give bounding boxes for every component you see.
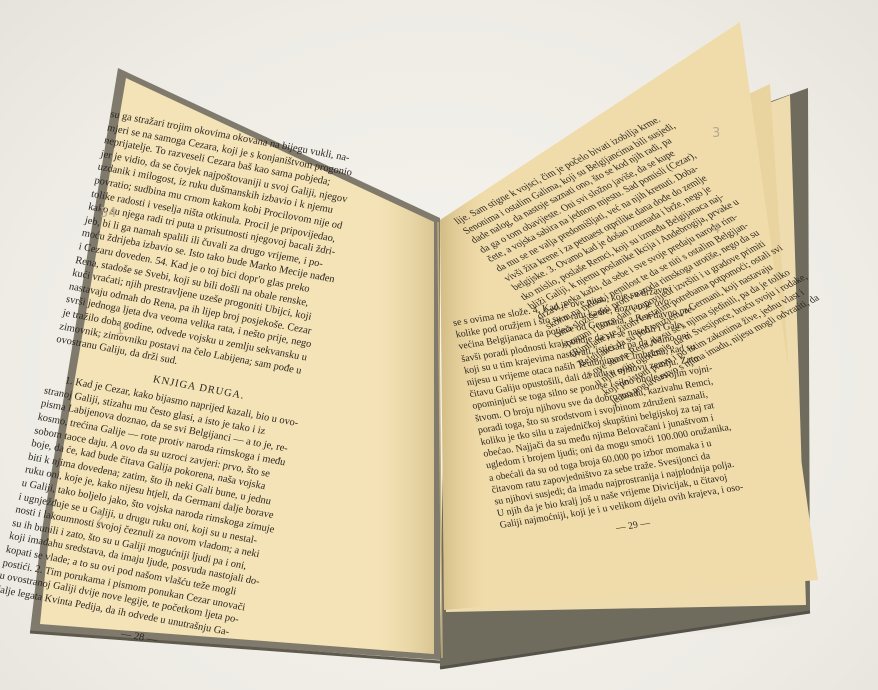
margin-note: 1 [116,323,124,338]
photo-scene: su ga stražari trojim okovima okovana na… [0,0,878,690]
right-page-text-lower: se s ovima ne slože. 4. Kad je ove pitao… [452,271,802,552]
margin-note: 2 [96,512,104,527]
margin-note: 54 [100,206,117,221]
margin-note: 4 [712,222,720,237]
margin-note: 3 [712,126,720,141]
